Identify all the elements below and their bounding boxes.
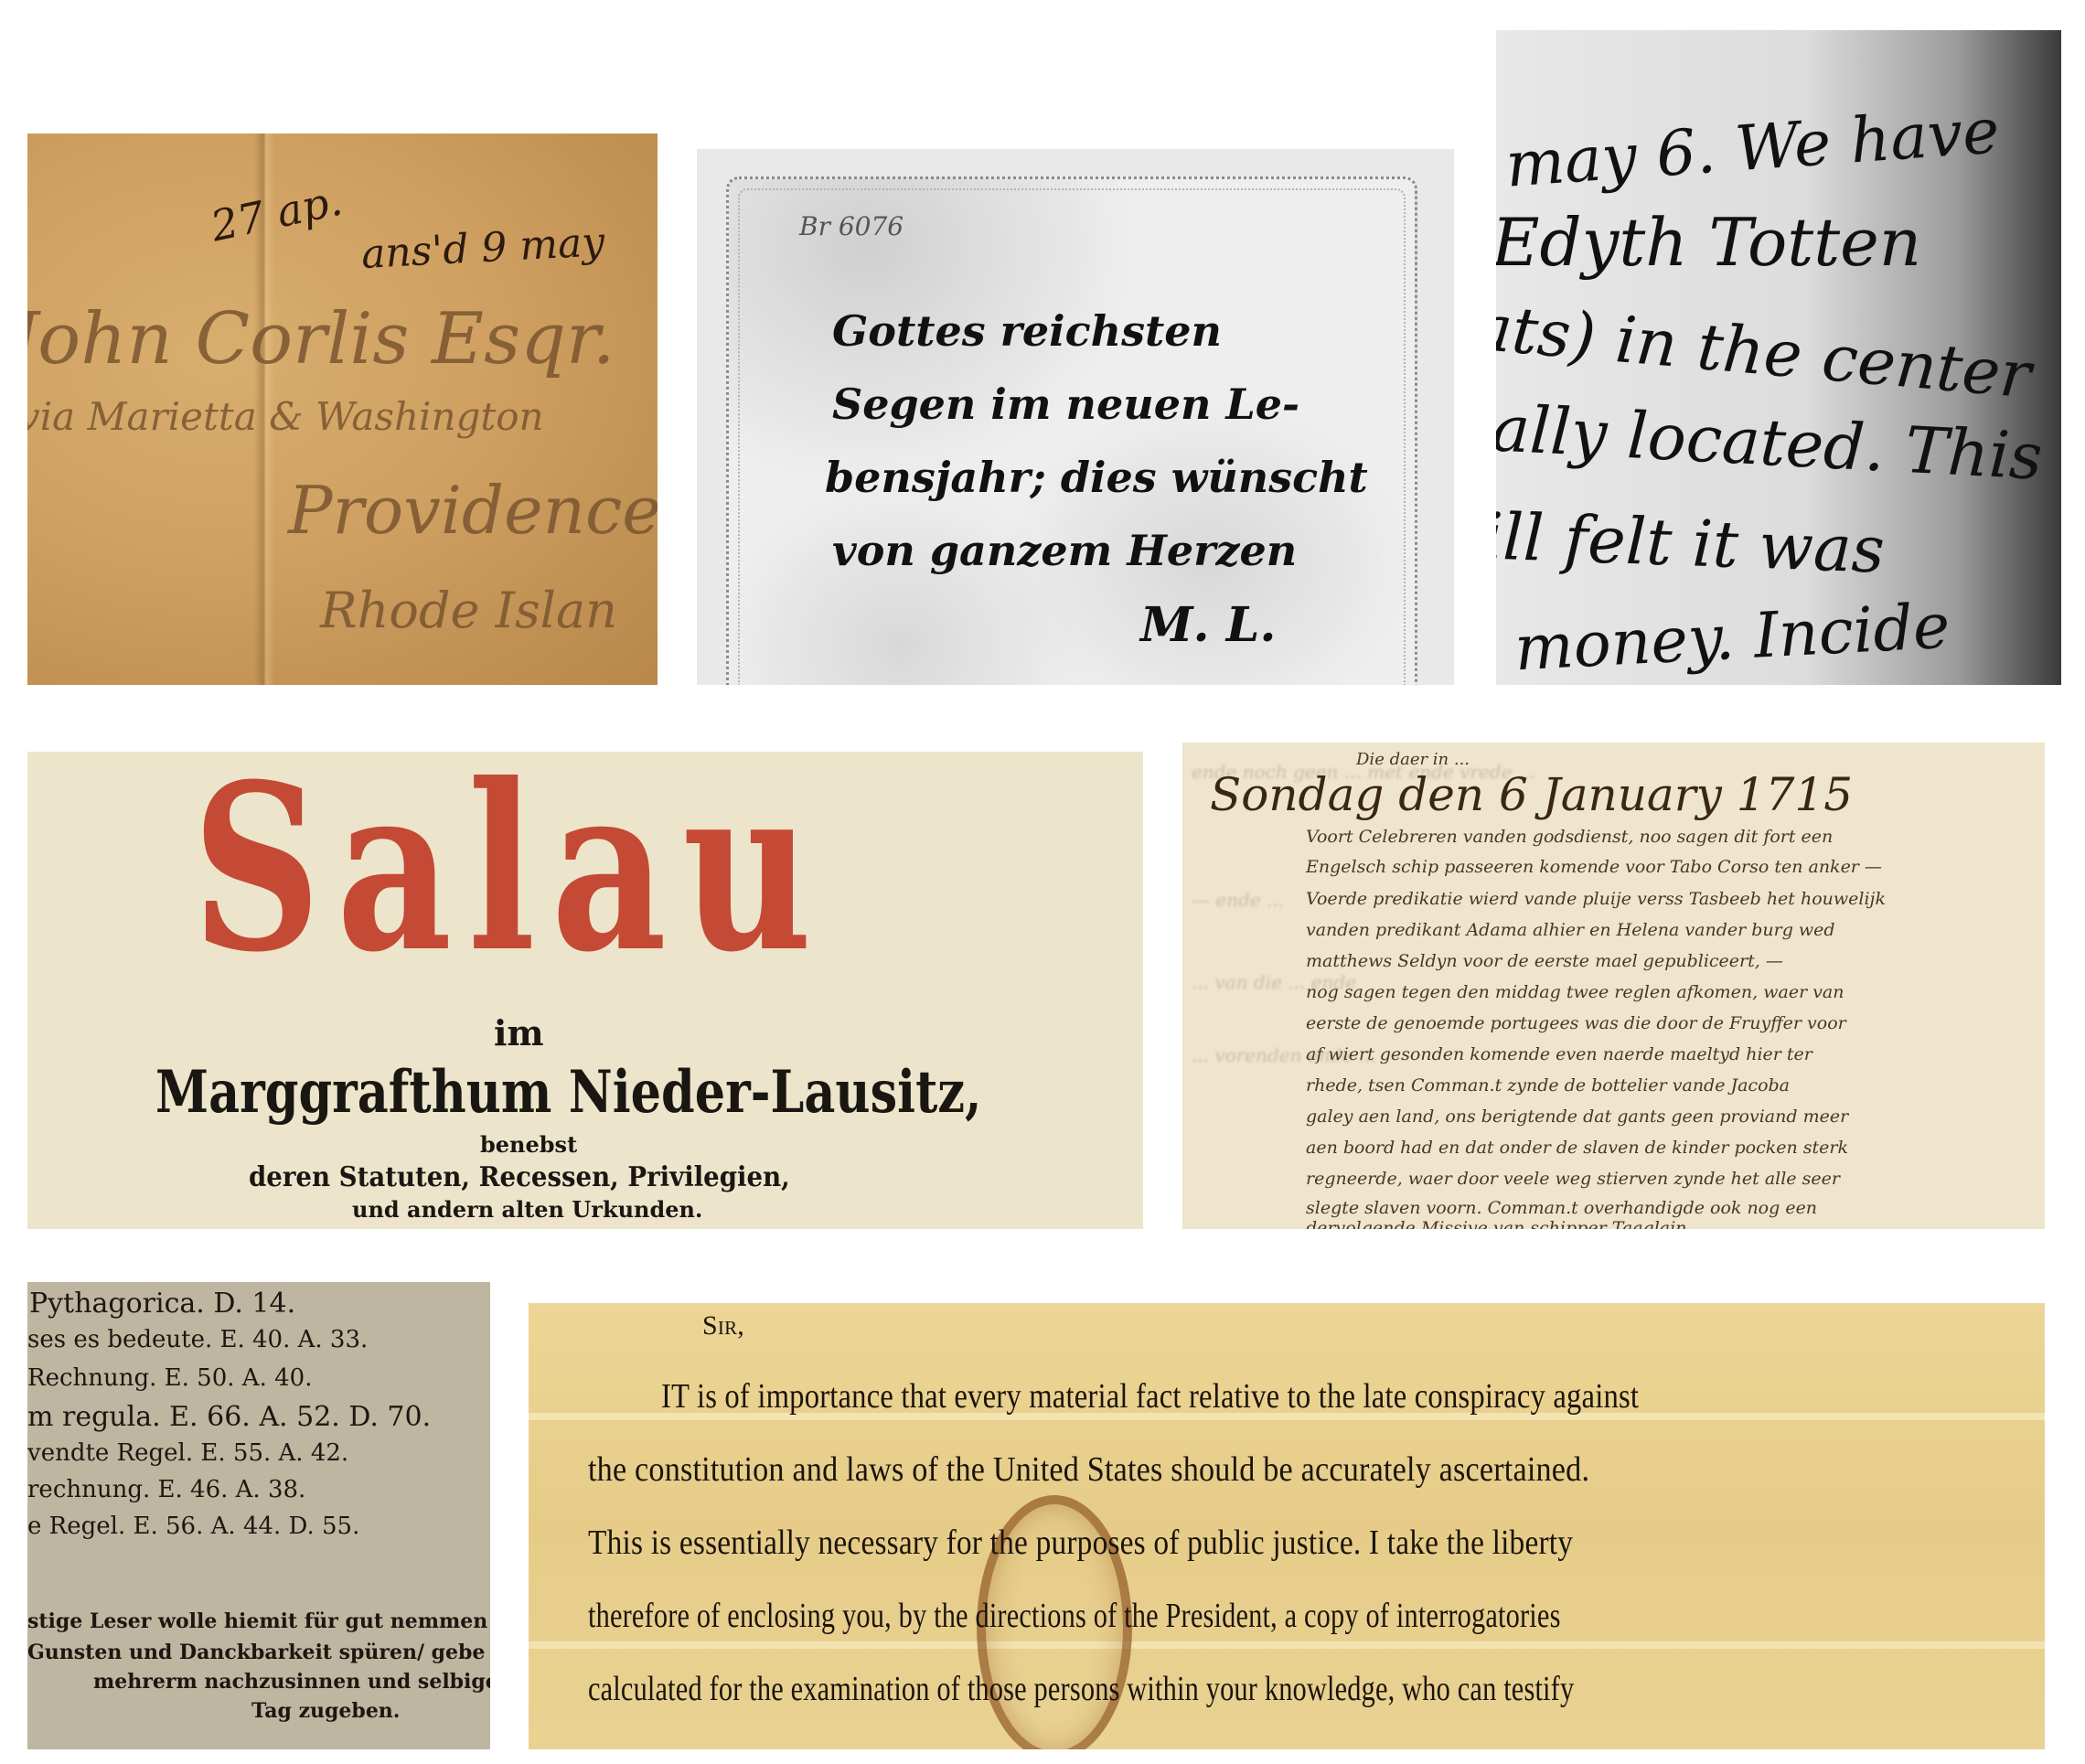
letter-line-5: calculated for the examination of those … bbox=[588, 1669, 1574, 1709]
letter-line-3: This is essentially necessary for the pu… bbox=[588, 1523, 1573, 1563]
closing-line: Tag zugeben. bbox=[251, 1699, 400, 1723]
journal-header-note: Die daer in ... bbox=[1356, 750, 1470, 769]
english-note-panel: may 6. We have Edyth Totten ats) in the … bbox=[1496, 30, 2061, 685]
route-line: via Marietta & Washington bbox=[27, 394, 544, 439]
dutch-journal-panel: ende noch geen ... met ende vrede ... — … bbox=[1182, 743, 2045, 1229]
closing-line: mehrerm nachzusinnen und selbige bbox=[93, 1670, 490, 1694]
letter-line-2: the constitution and laws of the United … bbox=[588, 1449, 1589, 1490]
answered-note: ans'd 9 may bbox=[360, 219, 606, 278]
journal-line: Voerde predikatie wierd vande pluije ver… bbox=[1306, 889, 1886, 909]
title-salau: Salau bbox=[192, 752, 828, 1002]
journal-line: Engelsch schip passeeren komende voor Ta… bbox=[1306, 857, 1882, 877]
note-line-5: ill felt it was bbox=[1496, 498, 1886, 587]
journal-line: rhede, tsen Comman.t zynde de bottelier … bbox=[1306, 1075, 1790, 1096]
letter-line-1: IT is of importance that every material … bbox=[661, 1376, 1639, 1417]
salau-title-panel: Salau im Marggrafthum Nieder-Lausitz, be… bbox=[27, 752, 1143, 1229]
note-line-1: may 6. We have bbox=[1503, 95, 2002, 202]
addressee-name: John Corlis Esqr. bbox=[27, 298, 615, 380]
journal-line: galey aen land, ons berigtende dat gants… bbox=[1306, 1107, 1848, 1127]
date-note: 27 ap. bbox=[207, 176, 347, 251]
index-row: Rechnung. E. 50. A. 40. bbox=[27, 1364, 312, 1392]
journal-line: slegte slaven voorn. Comman.t overhandig… bbox=[1306, 1198, 1817, 1218]
envelope-address-panel: 27 ap. ans'd 9 may John Corlis Esqr. via… bbox=[27, 134, 658, 685]
closing-line: Gunsten und Danckbarkeit spüren/ gebe bbox=[27, 1641, 485, 1664]
printed-letter-panel: Sir, IT is of importance that every mate… bbox=[529, 1303, 2045, 1749]
state-line: Rhode Islan bbox=[320, 582, 617, 639]
index-row: ses es bedeute. E. 40. A. 33. bbox=[27, 1326, 368, 1353]
subtitle-im: im bbox=[494, 1012, 544, 1053]
subtitle-documents: und andern alten Urkunden. bbox=[352, 1196, 702, 1223]
journal-line: matthews Seldyn voor de eerste mael gepu… bbox=[1306, 951, 1783, 971]
paper-crease bbox=[529, 1641, 2045, 1649]
note-line-6: money. Incide bbox=[1513, 591, 1951, 685]
subtitle-region: Marggrafthum Nieder-Lausitz, bbox=[155, 1058, 981, 1127]
journal-line: regneerde, waer door veele weg stierven … bbox=[1306, 1169, 1840, 1189]
journal-line: Voort Celebreren vanden godsdienst, noo … bbox=[1306, 827, 1833, 847]
note-line-2: Edyth Totten bbox=[1496, 204, 1921, 281]
index-row: vendte Regel. E. 55. A. 42. bbox=[27, 1439, 348, 1467]
german-card-panel: Br 6076 Gottes reichsten Segen im neuen … bbox=[697, 149, 1454, 685]
journal-date-heading: Sondag den 6 January 1715 bbox=[1210, 768, 1853, 821]
city-line: Providence bbox=[288, 472, 658, 549]
archive-number: Br 6076 bbox=[799, 211, 903, 241]
journal-line: dervolgende Missive van schipper Taaglai… bbox=[1306, 1218, 1692, 1229]
index-row: Pythagorica. D. 14. bbox=[29, 1288, 295, 1320]
card-line-1: Gottes reichsten bbox=[832, 306, 1222, 356]
salutation: Sir, bbox=[702, 1310, 744, 1342]
subtitle-statutes: deren Statuten, Recessen, Privilegien, bbox=[249, 1161, 790, 1193]
bleed-through-text: — ende ... bbox=[1192, 889, 1284, 911]
index-row: rechnung. E. 46. A. 38. bbox=[27, 1476, 305, 1503]
letter-line-4: therefore of enclosing you, by the direc… bbox=[588, 1596, 1561, 1636]
card-line-4: von ganzem Herzen bbox=[832, 526, 1297, 575]
subtitle-benebst: benebst bbox=[480, 1131, 577, 1158]
closing-line: stige Leser wolle hiemit für gut nemmen … bbox=[27, 1609, 490, 1633]
german-table-panel: Pythagorica. D. 14. ses es bedeute. E. 4… bbox=[27, 1282, 490, 1749]
journal-line: vanden predikant Adama alhier en Helena … bbox=[1306, 920, 1835, 940]
journal-line: aen boord had en dat onder de slaven de … bbox=[1306, 1138, 1848, 1158]
card-signature: M. L. bbox=[1140, 597, 1276, 653]
card-line-2: Segen im neuen Le- bbox=[832, 380, 1299, 429]
decorative-card bbox=[726, 176, 1417, 685]
journal-line: af wiert gesonden komende even naerde ma… bbox=[1306, 1044, 1812, 1064]
card-line-3: bensjahr; dies wünscht bbox=[825, 453, 1368, 502]
index-row: m regula. E. 66. A. 52. D. 70. bbox=[27, 1401, 431, 1433]
index-row: e Regel. E. 56. A. 44. D. 55. bbox=[27, 1513, 359, 1540]
journal-line: nog sagen tegen den middag twee reglen a… bbox=[1306, 982, 1844, 1002]
journal-line: eerste de genoemde portugees was die doo… bbox=[1306, 1013, 1846, 1033]
